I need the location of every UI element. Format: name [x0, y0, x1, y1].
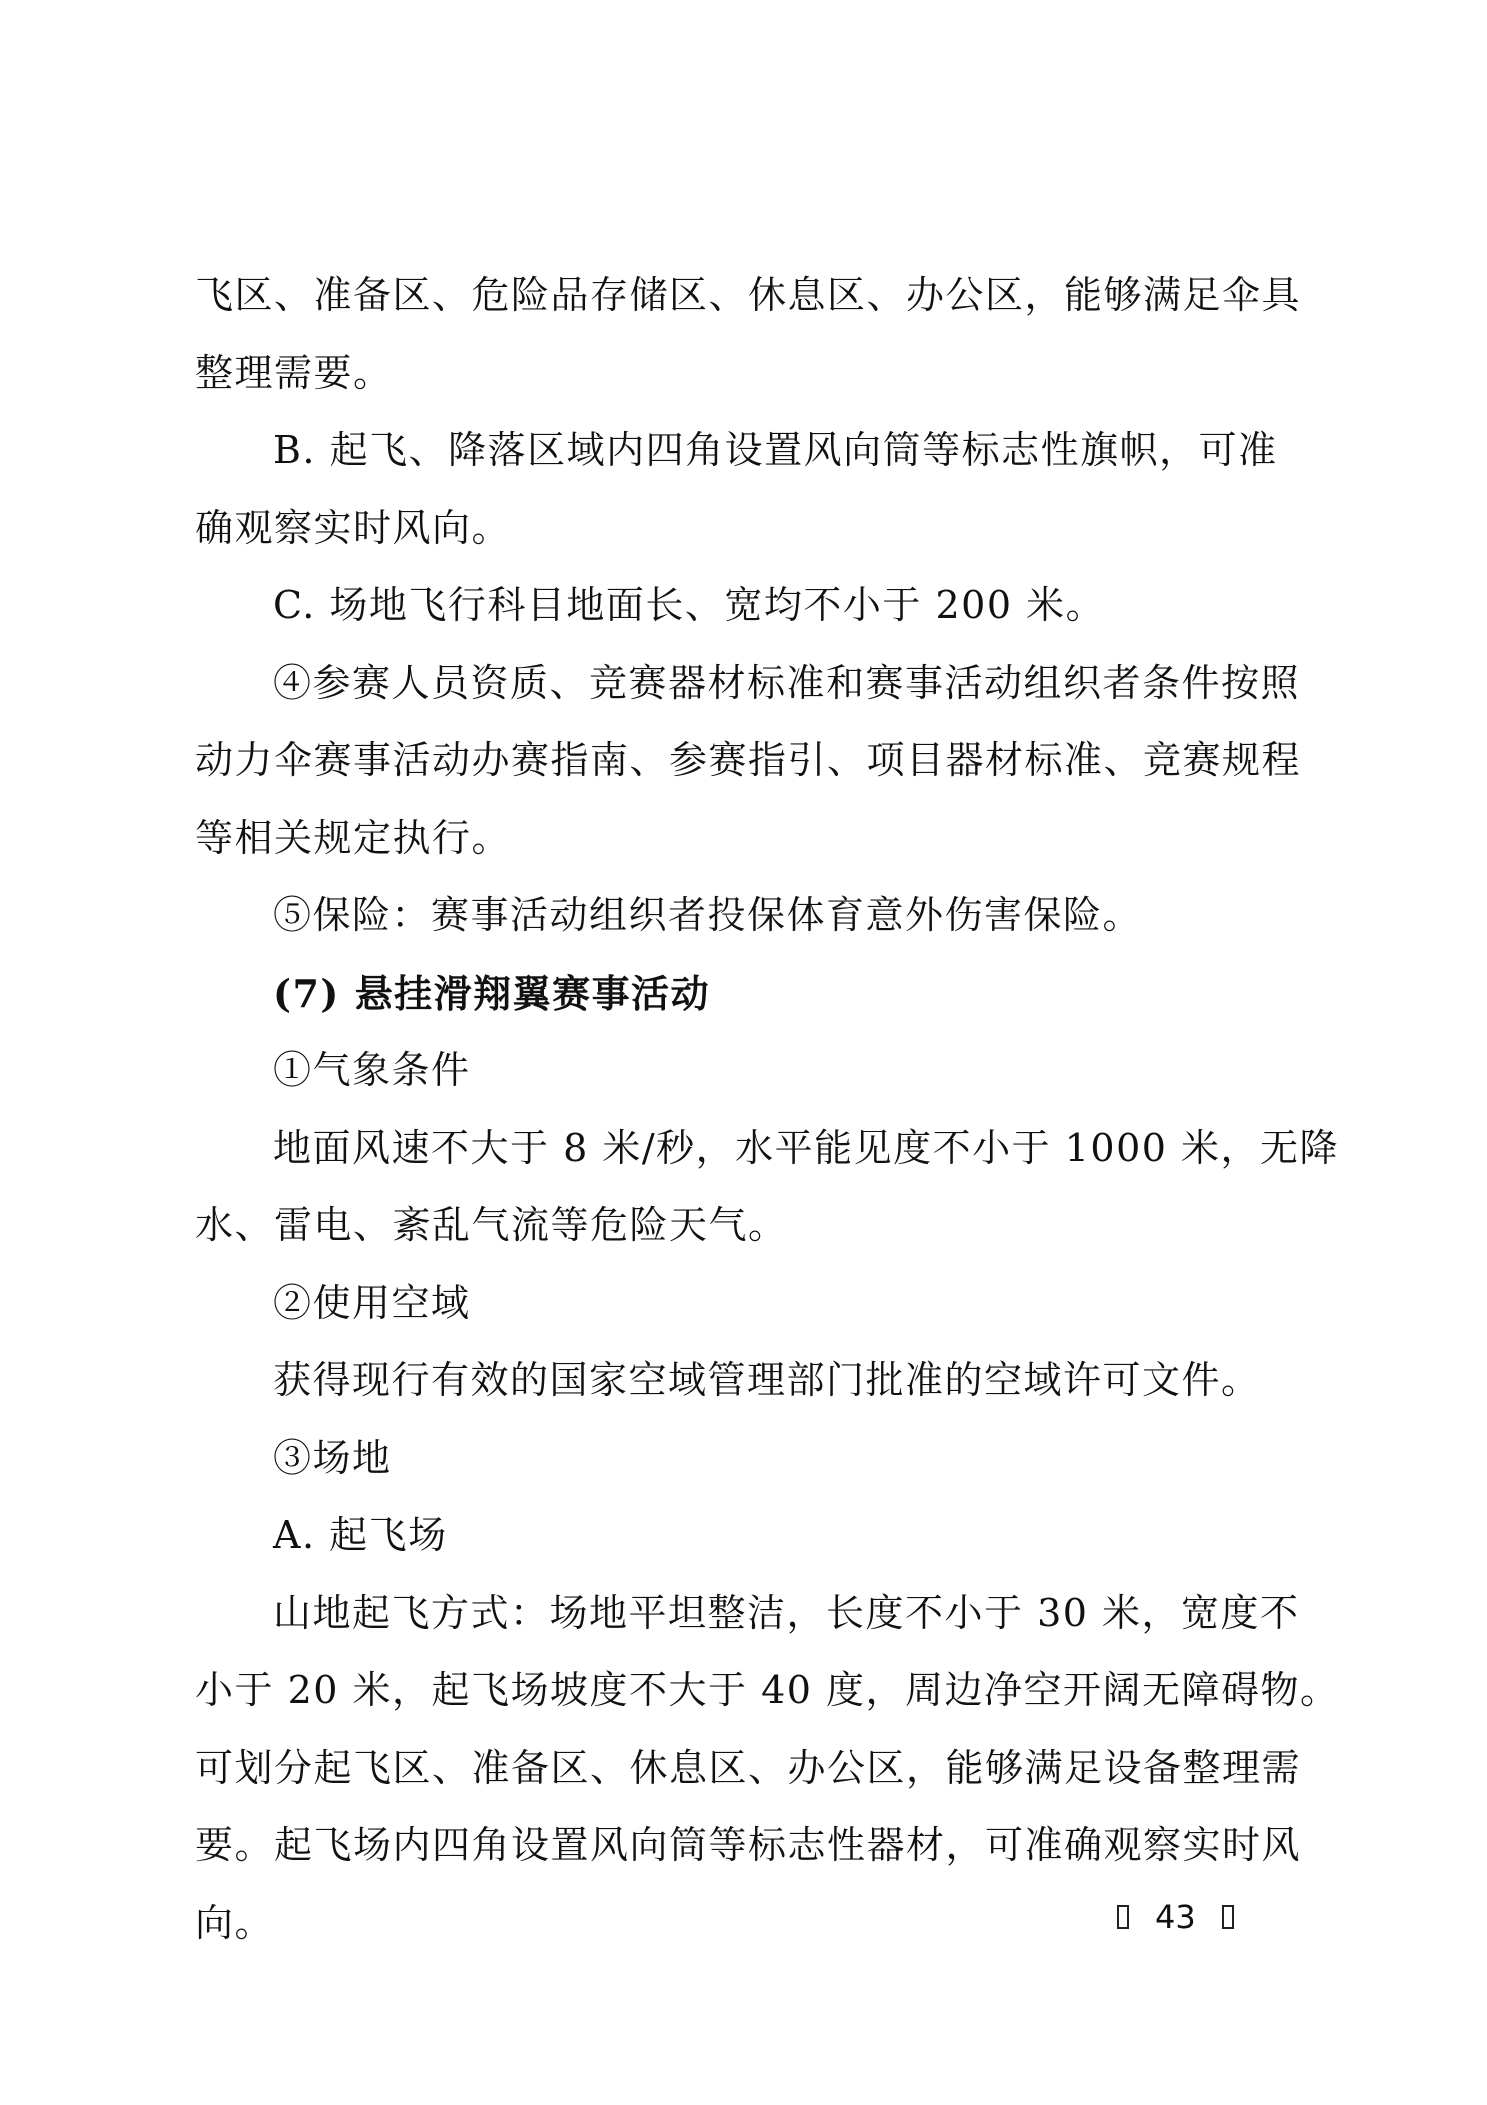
page-number: 43: [1155, 1898, 1196, 1936]
item-b-line-2: 确观察实时风向。: [195, 490, 1295, 568]
weather-line-1: 地面风速不大于 8 米/秒，水平能见度不小于 1000 米，无降: [195, 1110, 1295, 1188]
item-5-insurance: ⑤保险：赛事活动组织者投保体育意外伤害保险。: [195, 877, 1295, 955]
takeoff-line-4: 要。起飞场内四角设置风向筒等标志性器材，可准确观察实时风: [195, 1807, 1295, 1885]
dash-box-right-icon: [1222, 1905, 1234, 1929]
airspace-text: 获得现行有效的国家空域管理部门批准的空域许可文件。: [195, 1342, 1295, 1420]
section-heading-7: (7) 悬挂滑翔翼赛事活动: [195, 955, 1295, 1033]
subheading-weather: ①气象条件: [195, 1032, 1295, 1110]
subheading-venue: ③场地: [195, 1420, 1295, 1498]
document-body: 飞区、准备区、危险品存储区、休息区、办公区，能够满足伞具 整理需要。 B. 起飞…: [195, 257, 1295, 1962]
item-c: C. 场地飞行科目地面长、宽均不小于 200 米。: [195, 567, 1295, 645]
page-footer: 43: [1117, 1898, 1234, 1936]
item-4-line-3: 等相关规定执行。: [195, 800, 1295, 878]
takeoff-line-3: 可划分起飞区、准备区、休息区、办公区，能够满足设备整理需: [195, 1730, 1295, 1808]
item-4-line-1: ④参赛人员资质、竞赛器材标准和赛事活动组织者条件按照: [195, 645, 1295, 723]
subheading-takeoff-site: A. 起飞场: [195, 1497, 1295, 1575]
item-4-line-2: 动力伞赛事活动办赛指南、参赛指引、项目器材标准、竞赛规程: [195, 722, 1295, 800]
subheading-airspace: ②使用空域: [195, 1265, 1295, 1343]
takeoff-line-2: 小于 20 米，起飞场坡度不大于 40 度，周边净空开阔无障碍物。: [195, 1652, 1295, 1730]
weather-line-2: 水、雷电、紊乱气流等危险天气。: [195, 1187, 1295, 1265]
dash-box-left-icon: [1117, 1905, 1129, 1929]
text-line-1: 飞区、准备区、危险品存储区、休息区、办公区，能够满足伞具: [195, 257, 1295, 335]
takeoff-line-1: 山地起飞方式：场地平坦整洁，长度不小于 30 米，宽度不: [195, 1575, 1295, 1653]
item-b-line-1: B. 起飞、降落区域内四角设置风向筒等标志性旗帜，可准: [195, 412, 1295, 490]
text-line-2: 整理需要。: [195, 335, 1295, 413]
